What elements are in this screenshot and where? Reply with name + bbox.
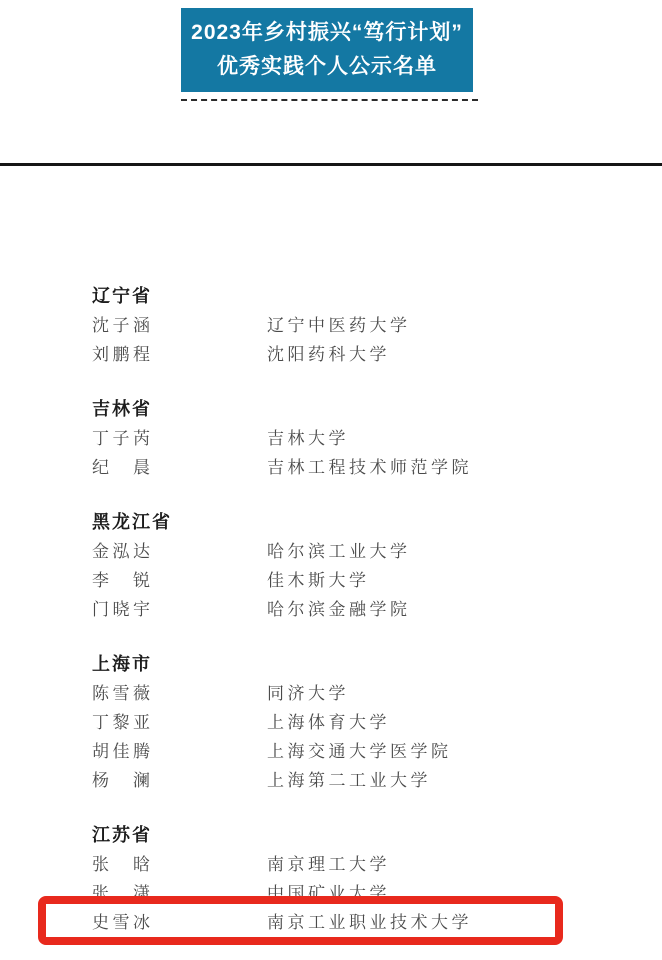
university-name: 佳木斯大学 xyxy=(267,566,370,595)
province-section: 吉林省丁子芮吉林大学纪 晨吉林工程技术师范学院 xyxy=(92,395,612,482)
university-name: 哈尔滨金融学院 xyxy=(267,595,411,624)
table-row: 史雪冰南京工业职业技术大学 xyxy=(92,908,612,937)
university-name: 沈阳药科大学 xyxy=(267,340,390,369)
table-row: 丁黎亚上海体育大学 xyxy=(92,708,612,737)
university-name: 吉林大学 xyxy=(267,424,349,453)
person-name: 金泓达 xyxy=(92,537,267,566)
table-row: 张 潇中国矿业大学 xyxy=(92,879,612,908)
person-name: 史雪冰 xyxy=(92,908,267,937)
table-row: 李 锐佳木斯大学 xyxy=(92,566,612,595)
horizontal-rule xyxy=(0,163,662,166)
person-name: 杨 澜 xyxy=(92,766,267,795)
province-heading: 吉林省 xyxy=(92,395,612,424)
title-banner: 2023年乡村振兴“笃行计划” 优秀实践个人公示名单 xyxy=(181,8,473,92)
university-name: 同济大学 xyxy=(267,679,349,708)
banner-title-line1: 2023年乡村振兴“笃行计划” xyxy=(181,18,473,48)
person-name: 李 锐 xyxy=(92,566,267,595)
province-section: 辽宁省沈子涵辽宁中医药大学刘鹏程沈阳药科大学 xyxy=(92,282,612,369)
province-section: 上海市陈雪薇同济大学丁黎亚上海体育大学胡佳腾上海交通大学医学院杨 澜上海第二工业… xyxy=(92,650,612,795)
province-section: 黑龙江省金泓达哈尔滨工业大学李 锐佳木斯大学门晓宇哈尔滨金融学院 xyxy=(92,508,612,624)
person-name: 张 晗 xyxy=(92,850,267,879)
university-name: 吉林工程技术师范学院 xyxy=(267,453,472,482)
table-row: 门晓宇哈尔滨金融学院 xyxy=(92,595,612,624)
document-page: 2023年乡村振兴“笃行计划” 优秀实践个人公示名单 辽宁省沈子涵辽宁中医药大学… xyxy=(0,0,662,960)
university-name: 上海交通大学医学院 xyxy=(267,737,452,766)
university-name: 中国矿业大学 xyxy=(267,879,390,908)
table-row: 胡佳腾上海交通大学医学院 xyxy=(92,737,612,766)
person-name: 陈雪薇 xyxy=(92,679,267,708)
banner-title-line2: 优秀实践个人公示名单 xyxy=(181,52,473,82)
university-name: 南京工业职业技术大学 xyxy=(267,908,472,937)
university-name: 辽宁中医药大学 xyxy=(267,311,411,340)
university-name: 南京理工大学 xyxy=(267,850,390,879)
person-name: 丁黎亚 xyxy=(92,708,267,737)
province-section: 江苏省张 晗南京理工大学张 潇中国矿业大学史雪冰南京工业职业技术大学 xyxy=(92,821,612,937)
table-row: 纪 晨吉林工程技术师范学院 xyxy=(92,453,612,482)
table-row: 丁子芮吉林大学 xyxy=(92,424,612,453)
person-name: 刘鹏程 xyxy=(92,340,267,369)
person-name: 胡佳腾 xyxy=(92,737,267,766)
table-row: 沈子涵辽宁中医药大学 xyxy=(92,311,612,340)
table-row: 杨 澜上海第二工业大学 xyxy=(92,766,612,795)
dashed-divider xyxy=(181,99,478,101)
roster-list: 辽宁省沈子涵辽宁中医药大学刘鹏程沈阳药科大学吉林省丁子芮吉林大学纪 晨吉林工程技… xyxy=(92,282,612,937)
person-name: 纪 晨 xyxy=(92,453,267,482)
province-heading: 黑龙江省 xyxy=(92,508,612,537)
person-name: 丁子芮 xyxy=(92,424,267,453)
table-row: 金泓达哈尔滨工业大学 xyxy=(92,537,612,566)
province-heading: 上海市 xyxy=(92,650,612,679)
province-heading: 辽宁省 xyxy=(92,282,612,311)
university-name: 上海第二工业大学 xyxy=(267,766,431,795)
university-name: 上海体育大学 xyxy=(267,708,390,737)
province-heading: 江苏省 xyxy=(92,821,612,850)
university-name: 哈尔滨工业大学 xyxy=(267,537,411,566)
person-name: 门晓宇 xyxy=(92,595,267,624)
table-row: 刘鹏程沈阳药科大学 xyxy=(92,340,612,369)
person-name: 沈子涵 xyxy=(92,311,267,340)
table-row: 陈雪薇同济大学 xyxy=(92,679,612,708)
person-name: 张 潇 xyxy=(92,879,267,908)
table-row: 张 晗南京理工大学 xyxy=(92,850,612,879)
